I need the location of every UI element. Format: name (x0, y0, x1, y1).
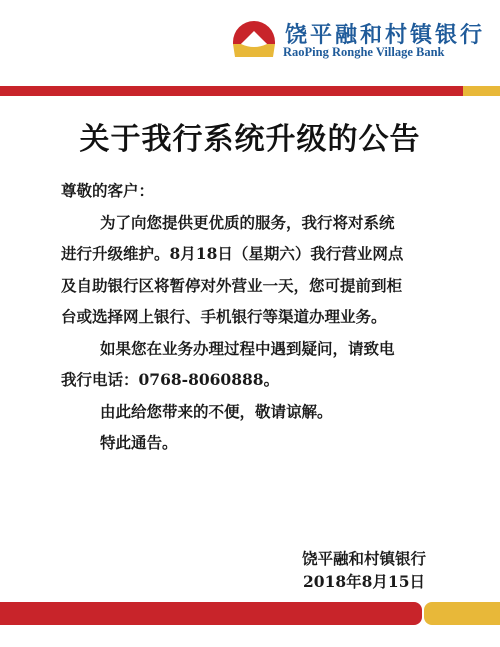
paragraph-service-upgrade: 为了向您提供更优质的服务，我行将对系统进行升级维护。8月18日（星期六）我行营业… (61, 207, 406, 333)
notice-body: 尊敬的客户： 为了向您提供更优质的服务，我行将对系统进行升级维护。8月18日（星… (61, 175, 406, 459)
signature-date: 2018年8月15日 (302, 570, 426, 593)
top-bar-red (0, 86, 463, 96)
paragraph-contact-phone: 如果您在业务办理过程中遇到疑问，请致电我行电话：0768-8060888。 (61, 333, 406, 396)
bottom-bar-yellow (424, 602, 500, 625)
bottom-divider-bar (0, 602, 500, 625)
notice-title: 关于我行系统升级的公告 (0, 114, 500, 158)
paragraph-apology: 由此给您带来的不便，敬请谅解。 (61, 396, 406, 428)
signature-block: 饶平融和村镇银行 2018年8月15日 (302, 547, 426, 593)
bank-name-english: RaoPing Ronghe Village Bank (283, 45, 445, 60)
top-bar-yellow (463, 86, 500, 96)
bank-logo-icon (231, 20, 277, 58)
paragraph-closing: 特此通告。 (61, 427, 406, 459)
signature-issuer: 饶平融和村镇银行 (302, 547, 426, 570)
salutation: 尊敬的客户： (61, 175, 406, 207)
top-divider-bar (0, 86, 500, 96)
bottom-bar-red (0, 602, 422, 625)
